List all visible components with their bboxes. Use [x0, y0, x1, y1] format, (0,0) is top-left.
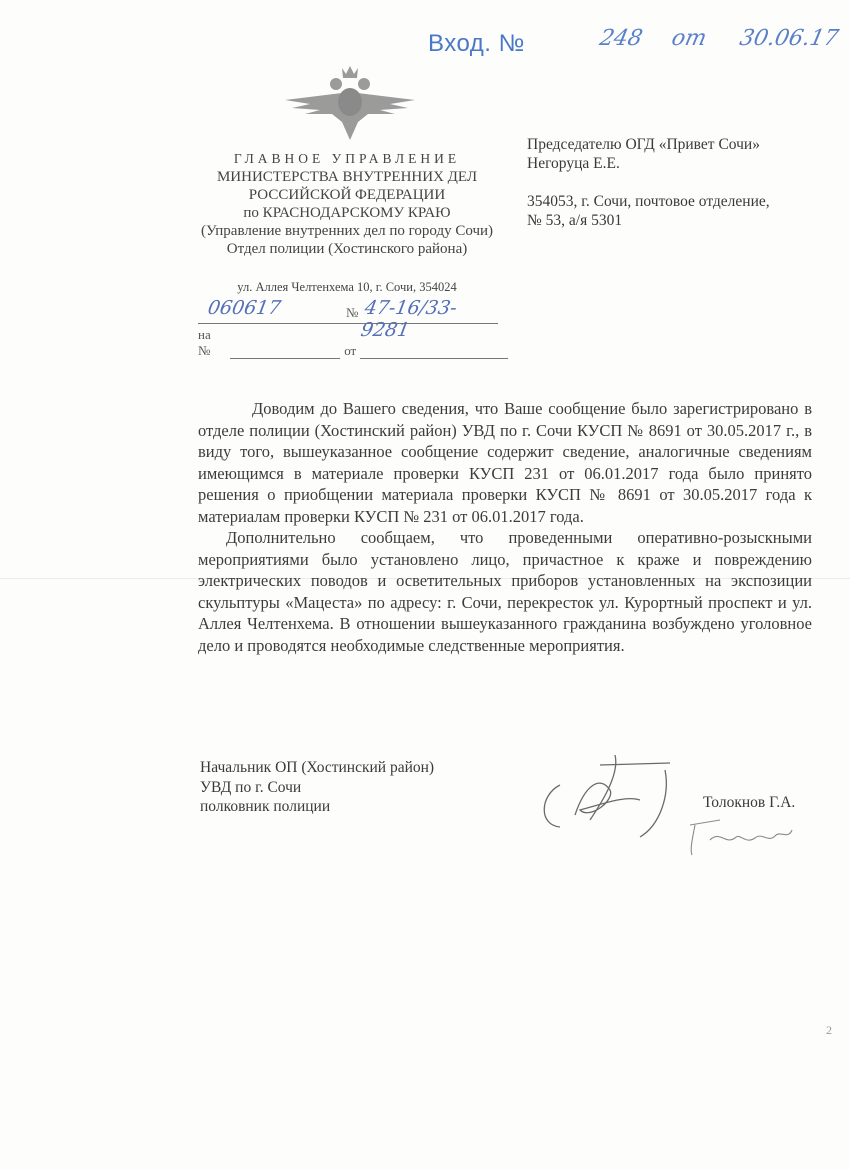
body-paragraph-1: Доводим до Вашего сведения, что Ваше соо…	[198, 398, 812, 527]
registration-number-handwritten: 47-16/33-9281	[359, 297, 502, 341]
registration-number-label: №	[346, 305, 358, 321]
page-number: 2	[826, 1023, 832, 1038]
double-headed-eagle-emblem-icon	[280, 62, 420, 142]
signatory-title-2: УВД по г. Сочи	[200, 778, 434, 798]
reference-number-label: на №	[198, 327, 226, 359]
sender-line-4: по КРАСНОДАРСКОМУ КРАЮ	[182, 204, 512, 222]
incoming-number-handwritten: 248	[597, 26, 644, 51]
recipient-address-1: 354053, г. Сочи, почтовое отделение,	[527, 192, 827, 211]
body-paragraph-2: Дополнительно сообщаем, что проведенными…	[198, 527, 812, 656]
incoming-from-handwritten: от	[669, 26, 708, 51]
handwritten-signature-icon	[530, 745, 700, 845]
reference-date-blank	[360, 346, 508, 359]
sender-organization-block: ГЛАВНОЕ УПРАВЛЕНИЕ МИНИСТЕРСТВА ВНУТРЕНН…	[182, 150, 512, 296]
sender-line-3: РОССИЙСКОЙ ФЕДЕРАЦИИ	[182, 186, 512, 204]
registration-block: 060617 № 47-16/33-9281 на № от	[198, 303, 508, 359]
sender-line-6: Отдел полиции (Хостинского района)	[182, 240, 512, 258]
signatory-title-1: Начальник ОП (Хостинский район)	[200, 758, 434, 778]
reference-from-label: от	[344, 343, 356, 359]
sender-address: ул. Аллея Челтенхема 10, г. Сочи, 354024	[182, 278, 512, 296]
letter-body: Доводим до Вашего сведения, что Ваше соо…	[198, 398, 812, 656]
sender-line-1: ГЛАВНОЕ УПРАВЛЕНИЕ	[182, 150, 512, 168]
recipient-block: Председателю ОГД «Привет Сочи» Негоруца …	[527, 135, 827, 230]
incoming-date-handwritten: 30.06.17	[737, 26, 840, 51]
signatory-title-3: полковник полиции	[200, 797, 434, 817]
sender-line-5: (Управление внутренних дел по городу Соч…	[182, 222, 512, 240]
incoming-stamp-label: Вход. №	[428, 30, 525, 58]
recipient-line-2: Негоруца Е.Е.	[527, 154, 827, 173]
reference-number-blank	[230, 346, 340, 359]
recipient-line-1: Председателю ОГД «Привет Сочи»	[527, 135, 827, 154]
recipient-address-2: № 53, а/я 5301	[527, 211, 827, 230]
registration-date-handwritten: 060617	[206, 297, 282, 319]
sender-line-2: МИНИСТЕРСТВА ВНУТРЕННИХ ДЕЛ	[182, 168, 512, 186]
handwritten-initials-icon	[680, 810, 800, 860]
signatory-title-block: Начальник ОП (Хостинский район) УВД по г…	[200, 758, 434, 817]
